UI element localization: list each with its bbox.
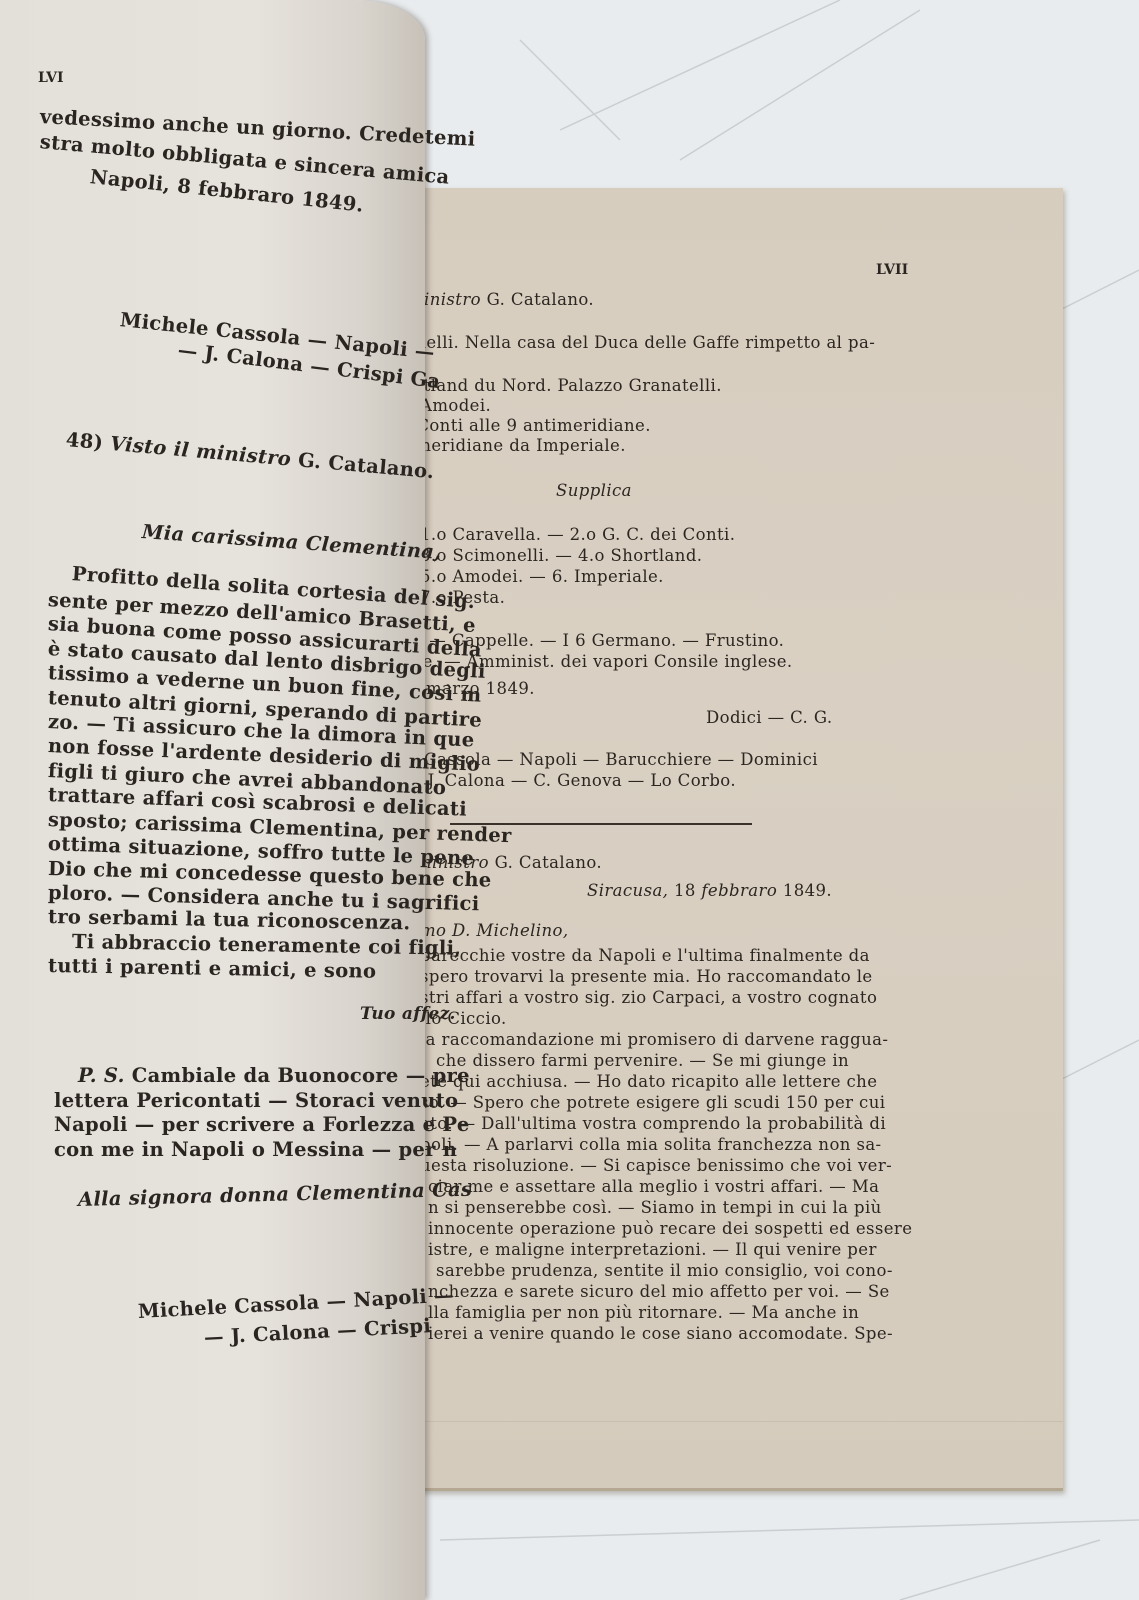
- page-number-right: LVII: [876, 262, 908, 278]
- page-number-left: LVI: [38, 70, 64, 86]
- letter-line: nchezza e sarete sicuro del mio affetto …: [428, 1282, 890, 1301]
- left-address: Alla signora donna Clementina Cas: [78, 1178, 473, 1211]
- letter-line: ciar me e assettare alla meglio i vostri…: [428, 1177, 879, 1196]
- letter-line: che dissero farmi pervenire. — Se mi giu…: [436, 1051, 849, 1070]
- dateline-place: Siracusa,: [587, 881, 668, 900]
- letter-line: spero trovarvi la presente mia. Ho racco…: [420, 967, 873, 986]
- signature-line: Cassola — Napoli — Barucchiere — Dominic…: [424, 750, 818, 769]
- visto-italic: Visto il ministro: [109, 432, 292, 471]
- entry-number: 48): [65, 428, 104, 454]
- letter-line: lla famiglia per non più ritornare. — Ma…: [428, 1303, 859, 1322]
- letter-line: istre, e maligne interpretazioni. — Il q…: [428, 1240, 877, 1259]
- catalano-text: G. Catalano.: [495, 853, 602, 872]
- left-salutation: Mia carissima Clementina,: [141, 520, 442, 564]
- letter-line: sarebbe prudenza, sentite il mio consigl…: [436, 1261, 893, 1280]
- postscript-line: lettera Pericontati — Storaci venuto: [54, 1089, 458, 1112]
- ps-label: P. S.: [78, 1064, 125, 1087]
- supplica-item: 5.o Amodei. — 6. Imperiale.: [420, 567, 664, 586]
- postscript-line: P. S. Cambiale da Buonocore — pre: [78, 1064, 470, 1087]
- letter-line: ia raccomandazione mi promisero di darve…: [420, 1030, 888, 1049]
- letter-line: ato. — Dall'ultima vostra comprendo la p…: [420, 1114, 886, 1133]
- supplica-item: 1.o Caravella. — 2.o G. C. dei Conti.: [420, 525, 735, 544]
- left-signature-line: — J. Calona — Crispi: [203, 1314, 431, 1349]
- address-line: omeridiane da Imperiale.: [405, 436, 626, 455]
- letter-line: so. — Spero che potrete esigere gli scud…: [420, 1093, 885, 1112]
- address-line: Amodei.: [420, 396, 491, 415]
- address-line: onelli. Nella casa del Duca delle Gaffe …: [405, 333, 875, 352]
- letter-line: uesta risoluzione. — Si capisce benissim…: [420, 1156, 892, 1175]
- right-line-ministro-1: ministro G. Catalano.: [408, 290, 594, 309]
- supplica-item: 3.o Scimonelli. — 4.o Shortland.: [420, 546, 702, 565]
- left-body-line: tutti i parenti e amici, e sono: [48, 954, 377, 983]
- supplica-title: Supplica: [556, 481, 632, 500]
- entry-heading-48: 48) Visto il ministro G. Catalano.: [65, 428, 435, 483]
- letter-line: innocente operazione può recare dei sosp…: [428, 1219, 912, 1238]
- letter-line: n si penserebbe così. — Siamo in tempi i…: [428, 1198, 882, 1217]
- postscript-line: Napoli — per scrivere a Forlezza e Pe: [54, 1113, 470, 1136]
- left-page: LVI vedessimo anche un giorno. Credetemi…: [0, 0, 425, 1600]
- signed-dodici: Dodici — C. G.: [706, 708, 832, 727]
- letter-line: ierei a venire quando le cose siano acco…: [428, 1324, 893, 1343]
- letter-line: poli. — A parlarvi colla mia solita fran…: [420, 1135, 882, 1154]
- address-line: i Conti alle 9 antimeridiane.: [405, 416, 651, 435]
- catalano-text: G. Catalano.: [487, 290, 594, 309]
- letter-line: parecchie vostre da Napoli e l'ultima fi…: [420, 946, 870, 965]
- letter-line: ete qui acchiusa. — Ho dato ricapito all…: [420, 1072, 877, 1091]
- address-line: ortland du Nord. Palazzo Granatelli.: [405, 376, 722, 395]
- dateline-month: febbraro: [701, 881, 777, 900]
- page-fold-line: [405, 1421, 1063, 1422]
- letter-line: stri affari a vostro sig. zio Carpaci, a…: [420, 988, 877, 1007]
- left-closing: Tuo affez.: [360, 1004, 456, 1024]
- dateline: Siracusa, 18 febbraro 1849.: [587, 881, 832, 900]
- postscript-line: con me in Napoli o Messina — per n: [54, 1138, 457, 1161]
